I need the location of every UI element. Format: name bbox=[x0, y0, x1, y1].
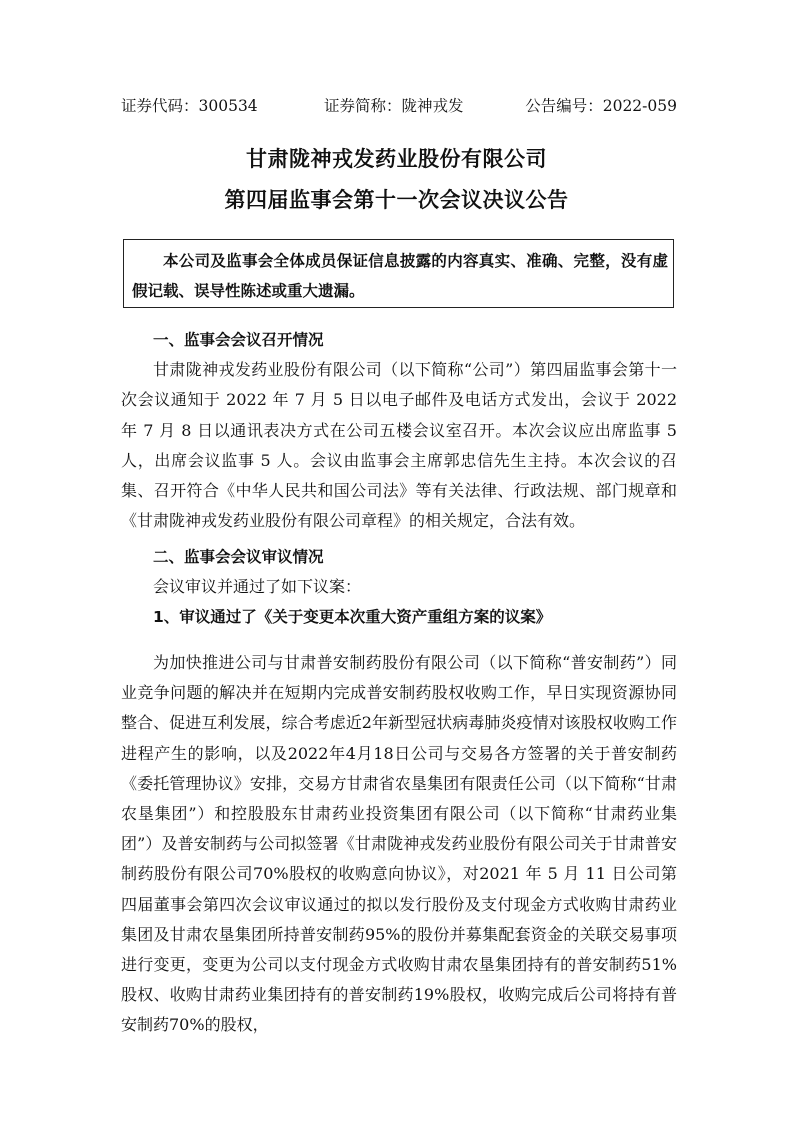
section-heading: 一、监事会会议召开情况 bbox=[121, 325, 677, 355]
section-paragraph: 甘肃陇神戎发药业股份有限公司（以下简称“公司”）第四届监事会第十一次会议通知于 … bbox=[121, 355, 677, 536]
announcement-title: 第四届监事会第十一次会议决议公告 bbox=[0, 186, 793, 214]
announcement-number: 公告编号：2022-059 bbox=[525, 95, 677, 117]
disclosure-notice-text: 本公司及监事会全体成员保证信息披露的内容真实、准确、完整，没有虚假记载、误导性陈… bbox=[132, 246, 668, 306]
motion-paragraph: 为加快推进公司与甘肃普安制药股份有限公司（以下简称“普安制药”）同业竞争问题的解… bbox=[121, 648, 677, 1041]
document-page: 证券代码：300534 证券简称：陇神戎发 公告编号：2022-059 甘肃陇神… bbox=[0, 0, 793, 1122]
stock-code: 证券代码：300534 bbox=[121, 95, 258, 117]
section-heading: 二、监事会会议审议情况 bbox=[121, 542, 677, 572]
section-meeting-convening: 一、监事会会议召开情况 甘肃陇神戎发药业股份有限公司（以下简称“公司”）第四届监… bbox=[121, 325, 677, 536]
disclosure-notice-box: 本公司及监事会全体成员保证信息披露的内容真实、准确、完整，没有虚假记载、误导性陈… bbox=[123, 239, 674, 308]
motion-paragraph-block: 为加快推进公司与甘肃普安制药股份有限公司（以下简称“普安制药”）同业竞争问题的解… bbox=[121, 648, 677, 1041]
announcement-header: 证券代码：300534 证券简称：陇神戎发 公告编号：2022-059 bbox=[121, 95, 677, 117]
company-title: 甘肃陇神戎发药业股份有限公司 bbox=[0, 145, 793, 173]
section-meeting-review: 二、监事会会议审议情况 会议审议并通过了如下议案： 1、审议通过了《关于变更本次… bbox=[121, 542, 677, 633]
motion-heading: 1、审议通过了《关于变更本次重大资产重组方案的议案》 bbox=[121, 602, 677, 632]
stock-short-name: 证券简称：陇神戎发 bbox=[324, 95, 464, 117]
section-intro: 会议审议并通过了如下议案： bbox=[121, 572, 677, 602]
